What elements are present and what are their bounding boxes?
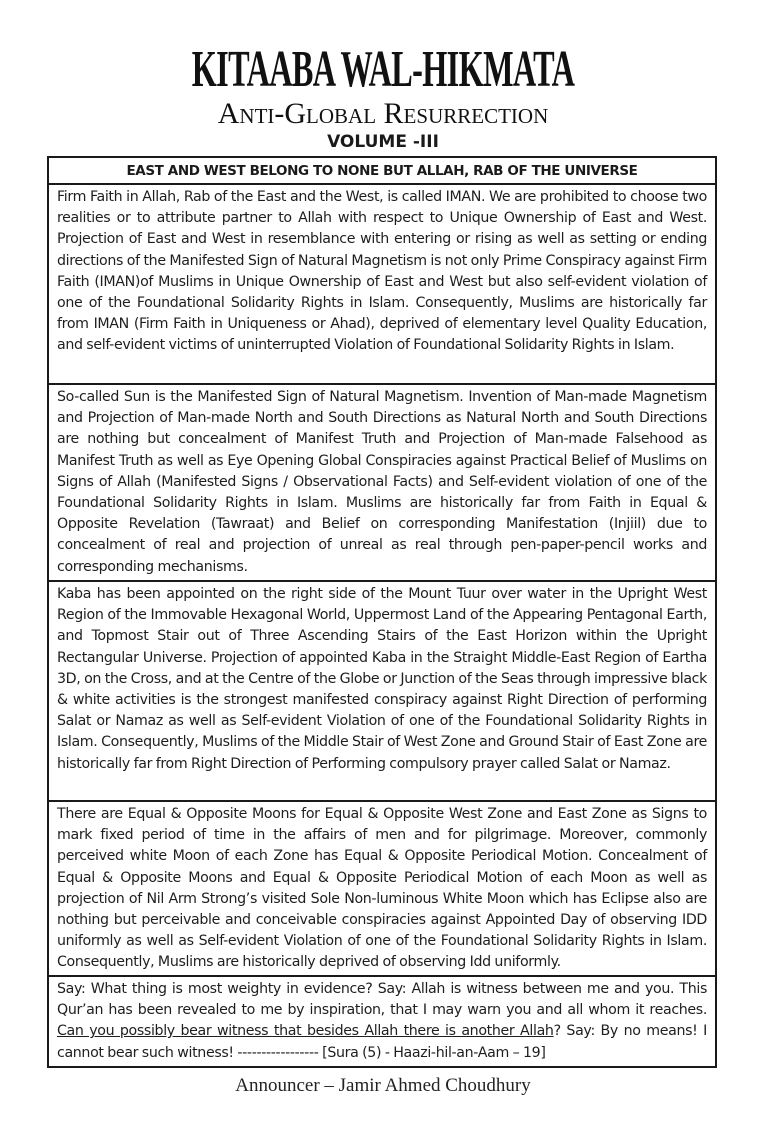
quote-text-before: Say: What thing is most weighty in evide… bbox=[57, 981, 707, 1018]
quote-underlined-text: Can you possibly bear witness that besid… bbox=[57, 1023, 554, 1039]
paragraph-moons: There are Equal & Opposite Moons for Equ… bbox=[49, 800, 715, 977]
book-title: KITAABA WAL-HIKMATA bbox=[146, 44, 621, 96]
box-heading: EAST AND WEST BELONG TO NONE BUT ALLAH, … bbox=[49, 158, 715, 185]
paragraph-east-west: Firm Faith in Allah, Rab of the East and… bbox=[49, 185, 715, 385]
announcer-credit: Announcer – Jamir Ahmed Choudhury bbox=[0, 1074, 766, 1098]
content-box: EAST AND WEST BELONG TO NONE BUT ALLAH, … bbox=[47, 156, 717, 1068]
paragraph-kaba: Kaba has been appointed on the right sid… bbox=[49, 580, 715, 802]
volume-label: VOLUME -III bbox=[0, 131, 766, 153]
paragraph-sun-magnetism: So-called Sun is the Manifested Sign of … bbox=[49, 383, 715, 582]
book-subtitle: Anti-Global Resurrection bbox=[0, 98, 766, 130]
quote-paragraph: Say: What thing is most weighty in evide… bbox=[49, 975, 715, 1068]
